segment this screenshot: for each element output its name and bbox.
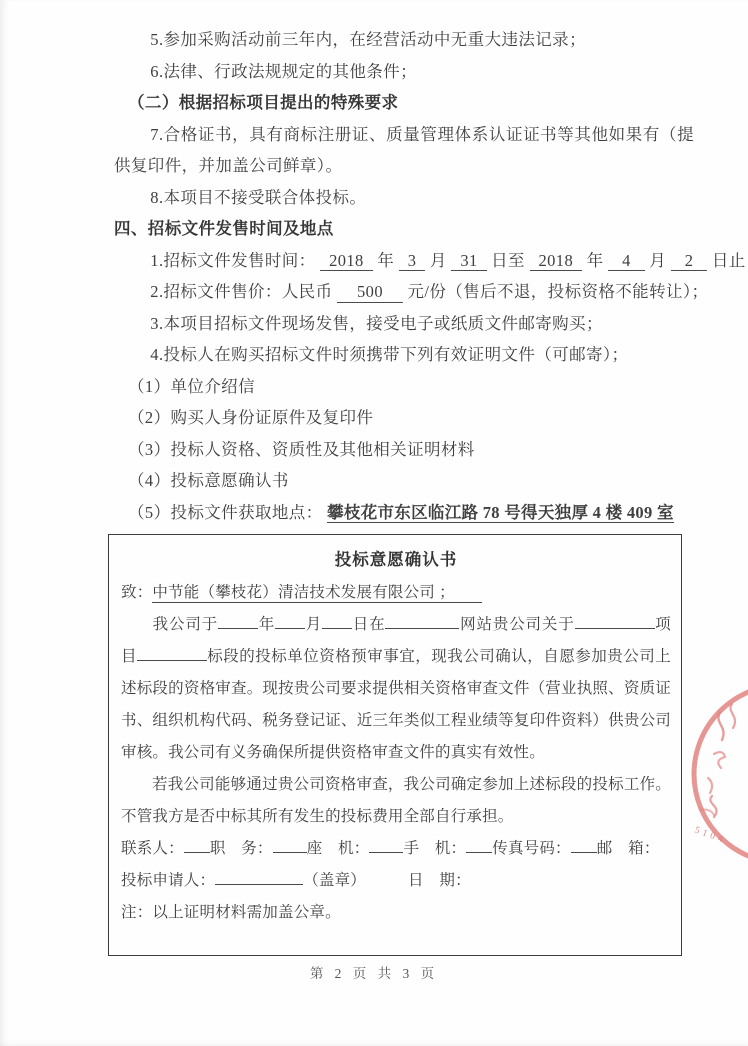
confirmation-paragraph-1: 我公司于年月日在网站贵公司关于项目标段的投标单位资格预审事宜，现我公司确认，自愿…: [121, 609, 671, 769]
red-seal-stamp: 5104: [690, 682, 748, 862]
unit-month1: 月: [430, 251, 447, 270]
subsection-heading-special-requirements: （二）根据招标项目提出的特殊要求: [114, 87, 694, 119]
document-body: 5.参加采购活动前三年内，在经营活动中无重大违法记录； 6.法律、行政法规规定的…: [114, 24, 694, 956]
unit-year2: 年: [587, 251, 604, 270]
unit-year1: 年: [377, 251, 394, 270]
para1-seg3: 月: [305, 616, 322, 633]
contact-fax-label: 传真号码：: [492, 840, 571, 857]
applicant-label: 投标申请人：: [121, 872, 215, 889]
blank-applicant: [215, 869, 303, 886]
blank-website: [385, 613, 459, 630]
blank-section: [137, 645, 207, 662]
required-doc-3: （3）投标人资格、资质性及其他相关证明材料: [114, 434, 694, 466]
sale-time-label: 1.招标文件发售时间：: [150, 251, 315, 270]
contact-email-label: 邮 箱：: [597, 840, 660, 857]
sale-time-line: 1.招标文件发售时间： 2018 年 3 月 31 日至 2018 年 4 月 …: [114, 245, 694, 277]
unit-day1: 日至: [491, 251, 525, 270]
requirement-item-5: 5.参加采购活动前三年内，在经营活动中无重大违法记录；: [114, 24, 694, 56]
blank-day: [322, 613, 352, 630]
applicant-line: 投标申请人：（盖章）日 期：: [121, 865, 671, 897]
price-value: 500: [337, 283, 403, 303]
contact-mobile-label: 手 机：: [403, 840, 466, 857]
sale-time-year2: 2018: [530, 252, 583, 272]
price-suffix: 元/份（售后不退，投标资格不能转让）；: [408, 282, 709, 301]
addressee-company: 中节能（攀枝花）清洁技术发展有限公司 ；: [152, 584, 482, 603]
pickup-address-line: （5）投标文件获取地点： 攀枝花市东区临江路 78 号得天独厚 4 楼 409 …: [114, 497, 694, 529]
seal-label: （盖章）: [303, 872, 366, 889]
date-label: 日 期：: [408, 872, 471, 889]
requirement-item-7: 7.合格证书，具有商标注册证、质量管理体系认证证书等其他如果有（提供复印件，并加…: [114, 119, 694, 182]
required-doc-1: （1）单位介绍信: [114, 371, 694, 403]
blank-contact-title: [273, 837, 307, 854]
para1-seg7: 标段的投标单位资格预审事宜，现我公司确认，自愿参加贵公司上述标段的资格审查。现按…: [121, 648, 671, 761]
blank-contact-name: [184, 837, 210, 854]
blank-contact-landline: [369, 837, 403, 854]
pickup-address-label: （5）投标文件获取地点：: [128, 503, 323, 522]
requirement-item-8: 8.本项目不接受联合体投标。: [114, 182, 694, 214]
page-number-footer: 第 2 页 共 3 页: [0, 962, 748, 982]
sale-time-day2: 2: [671, 252, 708, 272]
para1-seg4: 日在: [352, 616, 385, 633]
scanned-document-page: 5.参加采购活动前三年内，在经营活动中无重大违法记录； 6.法律、行政法规规定的…: [0, 0, 748, 1046]
confirmation-box-title: 投标意愿确认书: [121, 543, 671, 577]
note-line: 注：以上证明材料需加盖公章。: [121, 897, 671, 929]
contact-name-label: 联系人：: [121, 840, 184, 857]
sale-item-4: 4.投标人在购买招标文件时须携带下列有效证明文件（可邮寄）；: [114, 339, 694, 371]
para1-seg2: 年: [258, 616, 275, 633]
blank-project: [575, 613, 655, 630]
sale-time-year1: 2018: [320, 252, 373, 272]
contact-landline-label: 座 机：: [307, 840, 370, 857]
sale-time-day1: 31: [451, 252, 486, 272]
sale-time-month1: 3: [399, 252, 426, 272]
required-doc-4: （4）投标意愿确认书: [114, 465, 694, 497]
addressee-line: 致： 中节能（攀枝花）清洁技术发展有限公司 ；: [121, 577, 671, 609]
bid-intent-confirmation-box: 投标意愿确认书 致： 中节能（攀枝花）清洁技术发展有限公司 ； 我公司于年月日在…: [108, 534, 682, 956]
required-doc-2: （2）购买人身份证原件及复印件: [114, 402, 694, 434]
blank-year: [218, 613, 258, 630]
price-line: 2.招标文件售价：人民币 500 元/份（售后不退，投标资格不能转让）；: [114, 276, 694, 308]
contact-title-label: 职 务：: [210, 840, 273, 857]
contacts-line: 联系人：职 务：座 机：手 机：传真号码：邮 箱：: [121, 833, 671, 865]
section-heading-sale-time-place: 四、招标文件发售时间及地点: [114, 213, 694, 245]
para1-seg1: 我公司于: [152, 616, 218, 633]
unit-month2: 月: [649, 251, 666, 270]
blank-contact-mobile: [466, 837, 492, 854]
sale-time-month2: 4: [608, 252, 645, 272]
pickup-address-value: 攀枝花市东区临江路 78 号得天独厚 4 楼 409 室: [327, 504, 674, 524]
addressee-label: 致：: [121, 584, 152, 601]
confirmation-paragraph-2: 若我公司能够通过贵公司资格审查，我公司确定参加上述标段的投标工作。不管我方是否中…: [121, 769, 671, 833]
requirement-item-6: 6.法律、行政法规规定的其他条件；: [114, 56, 694, 88]
sale-item-3: 3.本项目招标文件现场发售，接受电子或纸质文件邮寄购买；: [114, 308, 694, 340]
blank-contact-fax: [571, 837, 597, 854]
stamp-digits: 5104: [693, 825, 727, 846]
price-label: 2.招标文件售价：人民币: [150, 282, 332, 301]
para1-seg5: 网站贵公司关于: [459, 616, 574, 633]
unit-day2: 日止；: [712, 251, 748, 270]
blank-month: [275, 613, 305, 630]
